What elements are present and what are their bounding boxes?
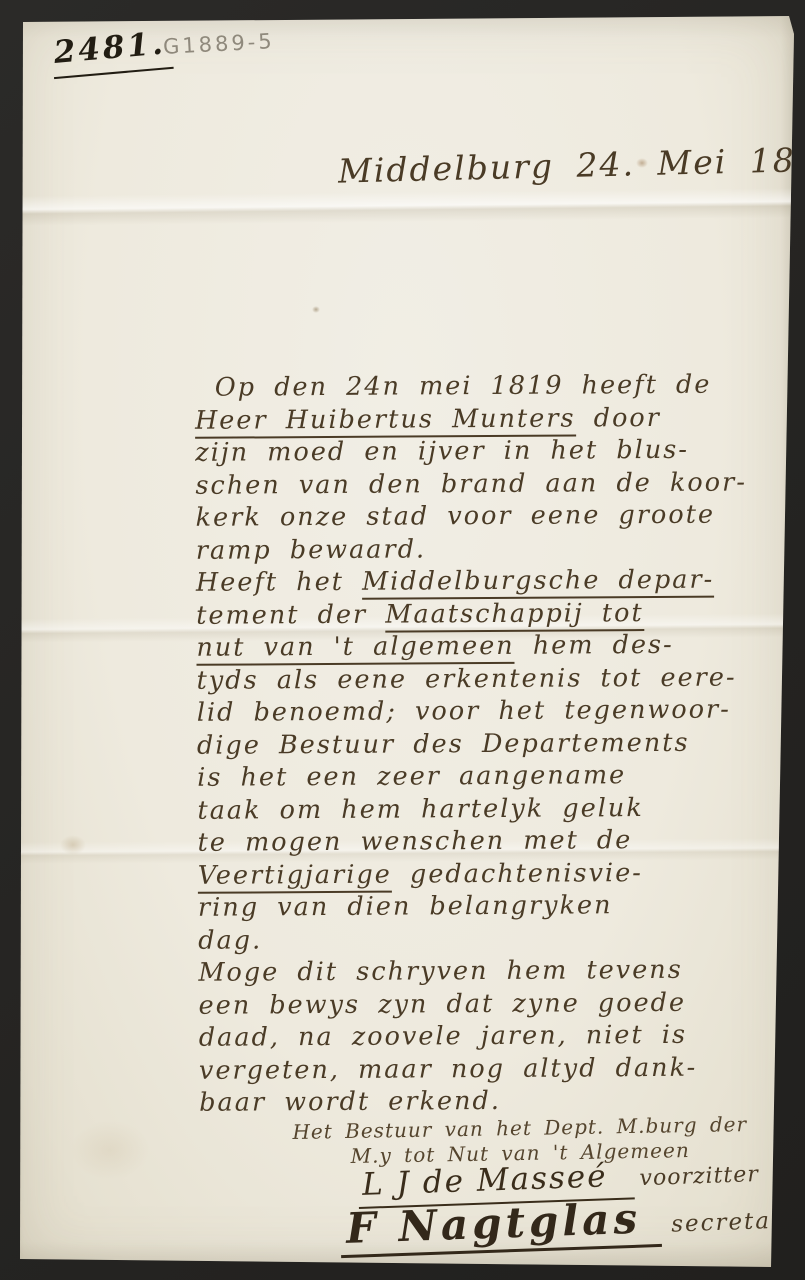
signature-secretaris-title: secretaris bbox=[671, 1207, 805, 1238]
catalog-code: G1889-5 bbox=[162, 29, 275, 59]
fold-crease bbox=[0, 188, 805, 226]
manuscript-line: een bewys zyn dat zyne goede bbox=[198, 986, 786, 1022]
manuscript-line: ramp bewaard. bbox=[196, 531, 784, 567]
manuscript-line: nut van 't algemeen hem des- bbox=[196, 628, 784, 664]
age-spot bbox=[312, 306, 320, 313]
scan-background: 2481. G1889-5 Middelburg 24. Mei 1859. O… bbox=[0, 0, 805, 1280]
signature-secretaris-name: F Nagtglas bbox=[339, 1193, 662, 1258]
manuscript-line: te mogen wenschen met de bbox=[198, 823, 786, 859]
manuscript-line: ring van dien belangryken bbox=[198, 888, 786, 924]
letter-body: Op den 24n mei 1819 heeft de Heer Huiber… bbox=[195, 368, 788, 1119]
manuscript-line: daad, na zoovele jaren, niet is bbox=[199, 1018, 787, 1054]
manuscript-line: tyds als eene erkentenis tot eere- bbox=[197, 661, 785, 697]
manuscript-line: Heeft het Middelburgsche depar- bbox=[196, 563, 784, 599]
manuscript-line: zijn moed en ijver in het blus- bbox=[195, 433, 783, 469]
manuscript-line: dag. bbox=[198, 921, 786, 957]
inventory-number: 2481. bbox=[50, 25, 173, 79]
manuscript-line: schen van den brand aan de koor- bbox=[195, 466, 783, 502]
manuscript-line: Op den 24n mei 1819 heeft de bbox=[195, 368, 783, 404]
manuscript-line: is het een zeer aangename bbox=[197, 758, 785, 794]
signature-voorzitter-title: voorzitter bbox=[639, 1162, 759, 1191]
manuscript-line: Veertigjarige gedachtenisvie- bbox=[198, 856, 786, 892]
age-spot bbox=[60, 835, 86, 855]
age-spot bbox=[70, 1120, 150, 1180]
manuscript-line: kerk onze stad voor eene groote bbox=[196, 498, 784, 534]
manuscript-line: Heer Huibertus Munters door bbox=[195, 401, 783, 437]
manuscript-line: lid benoemd; voor het tegenwoor- bbox=[197, 693, 785, 729]
manuscript-line: Moge dit schryven hem tevens bbox=[198, 953, 786, 989]
letter-dateline: Middelburg 24. Mei 1859. bbox=[338, 140, 799, 190]
manuscript-line: taak om hem hartelyk geluk bbox=[197, 791, 785, 827]
letter-page: 2481. G1889-5 Middelburg 24. Mei 1859. O… bbox=[0, 0, 805, 1280]
manuscript-line: vergeten, maar nog altyd dank- bbox=[199, 1051, 787, 1087]
manuscript-line: dige Bestuur des Departements bbox=[197, 726, 785, 762]
manuscript-line: tement der Maatschappij tot bbox=[196, 596, 784, 632]
